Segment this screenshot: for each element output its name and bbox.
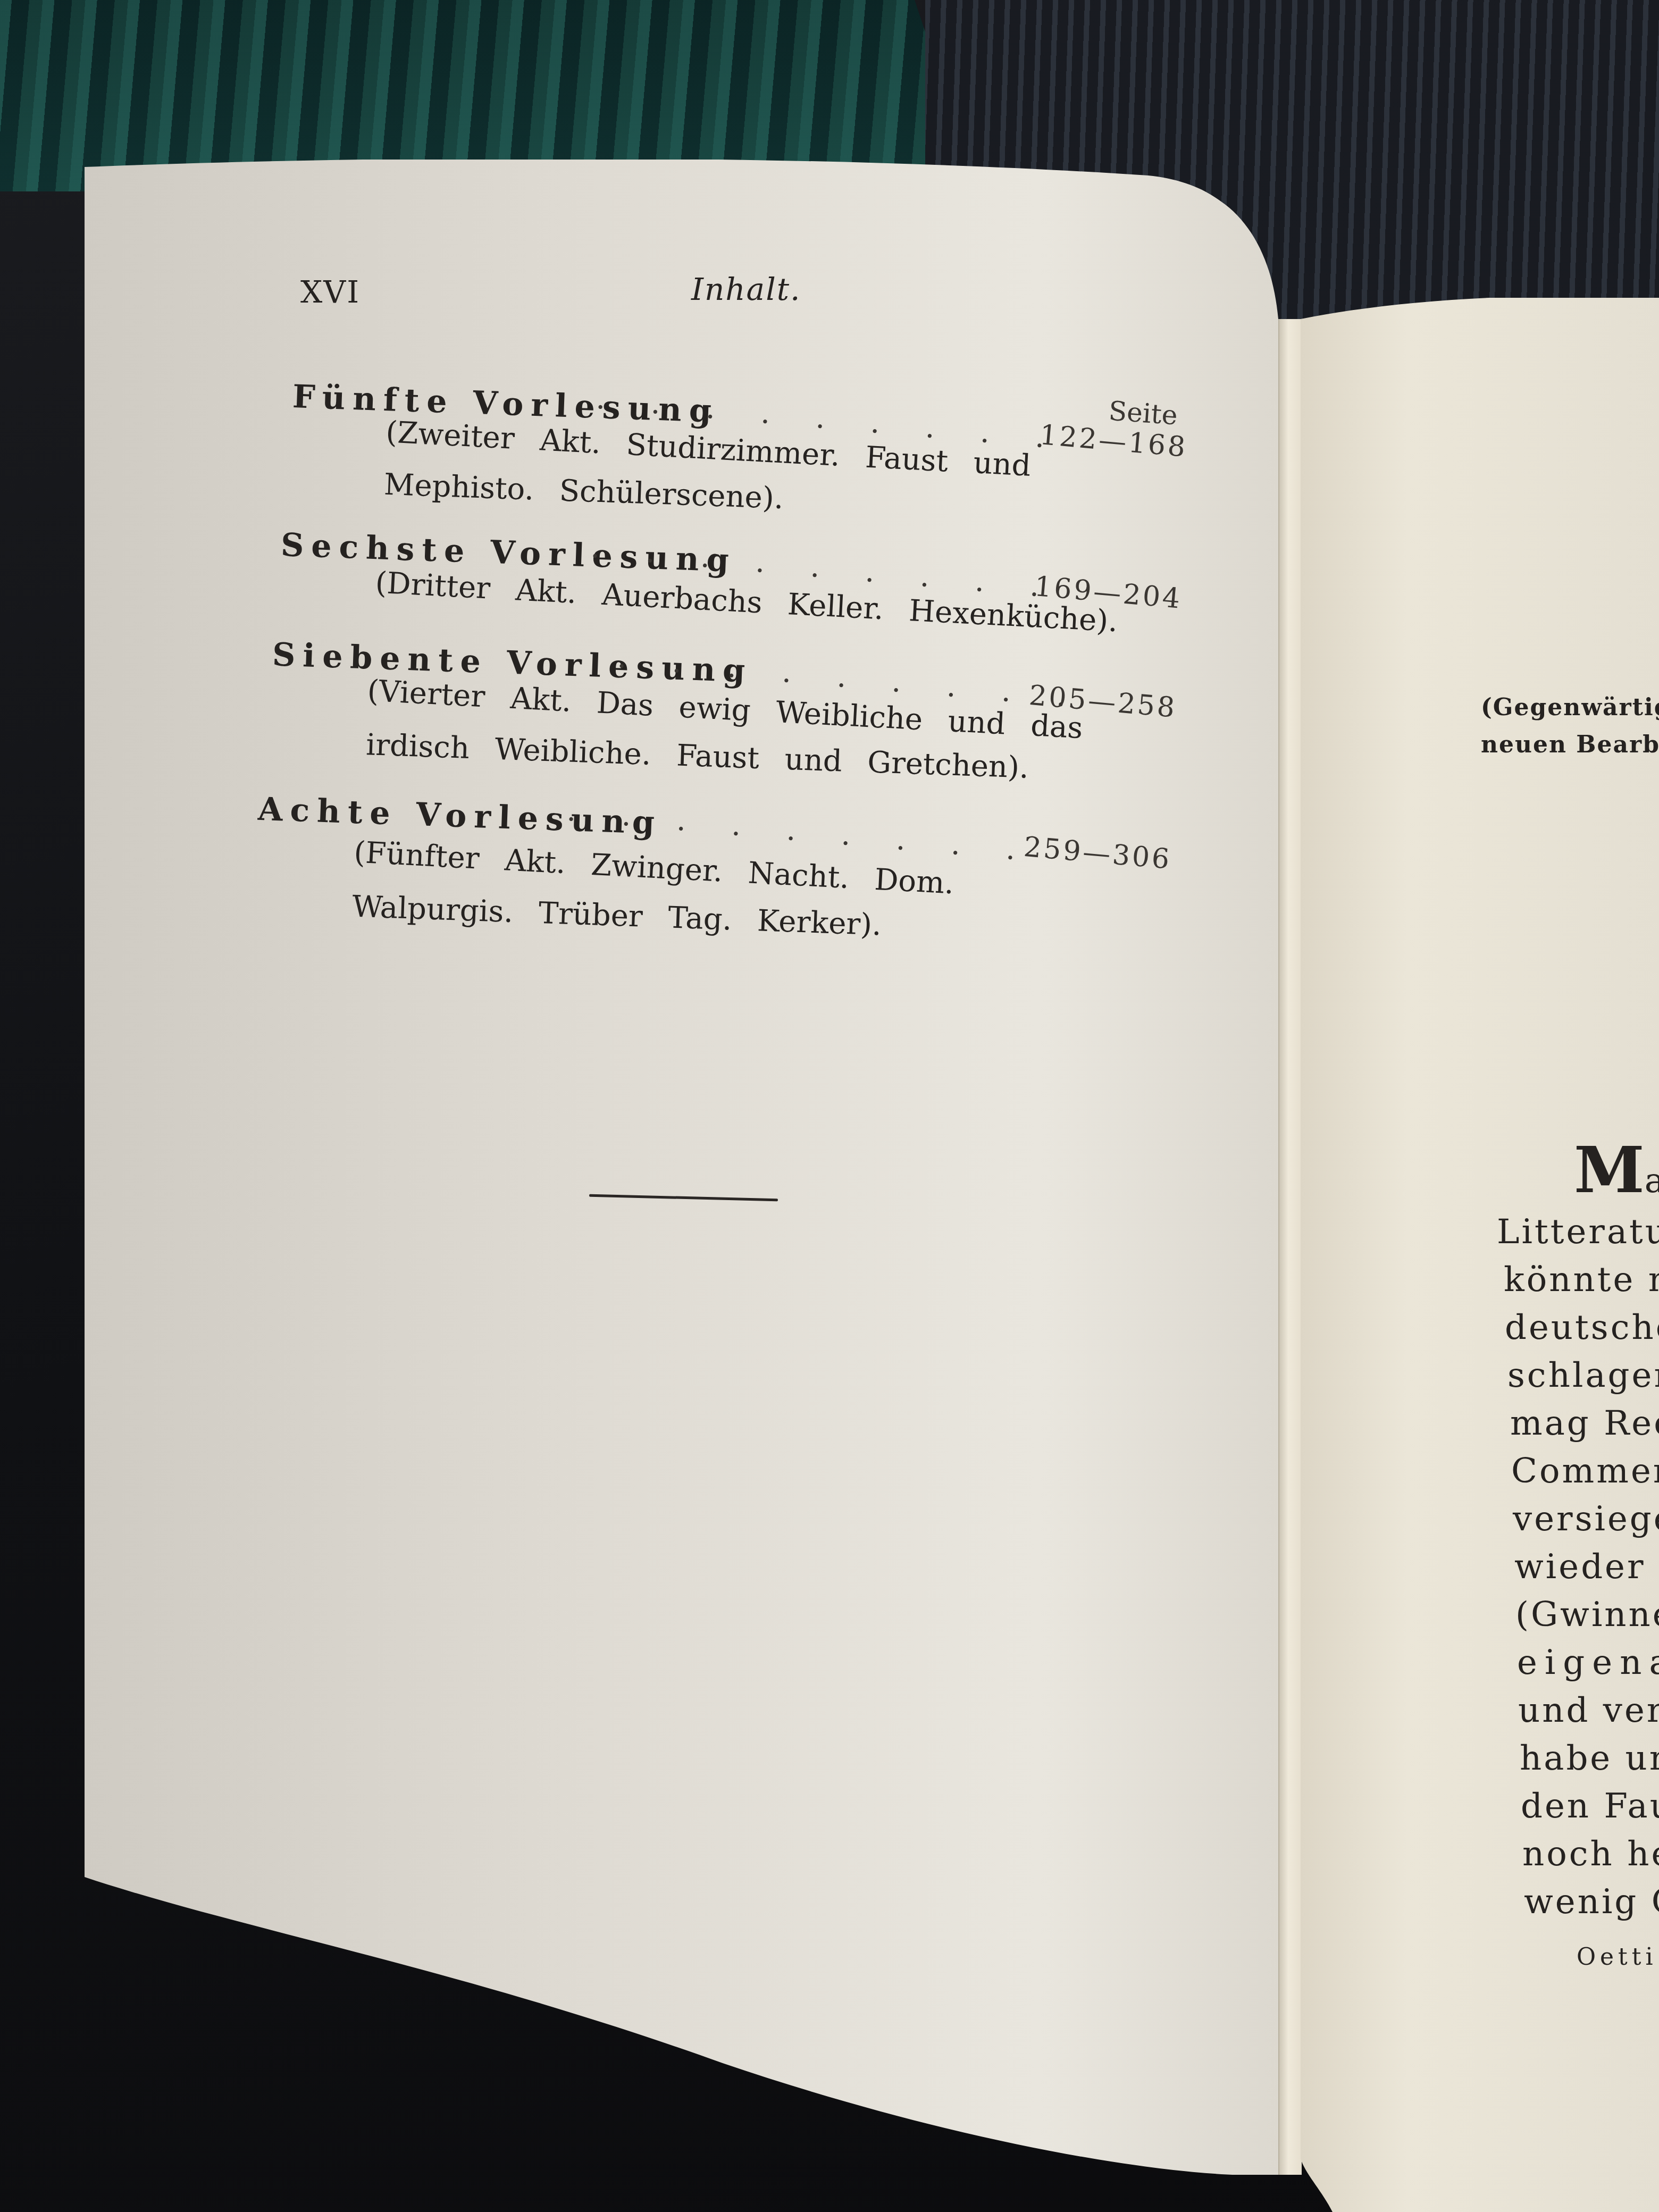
signature: Oetti xyxy=(1577,1943,1657,1971)
body-line: wenig G xyxy=(1524,1882,1659,1922)
right-page xyxy=(1301,298,1659,2212)
page-number: XVI xyxy=(300,274,360,310)
body-line: versiegen xyxy=(1513,1499,1659,1539)
running-head: Inhalt. xyxy=(691,271,801,307)
opening-word: Man xyxy=(1574,1133,1659,1208)
subtitle-line: neuen Bearbei xyxy=(1481,731,1659,758)
body-line: noch heu xyxy=(1522,1834,1659,1874)
book-photo: XVI Inhalt. Seite Fünfte Vorlesung . . .… xyxy=(0,0,1659,2212)
body-line: mag Rec xyxy=(1510,1404,1659,1443)
body-line: schlagen xyxy=(1507,1356,1659,1395)
body-line: deutsche xyxy=(1505,1308,1659,1347)
book-gutter xyxy=(1278,319,1302,2175)
subtitle-line: (Gegenwärtige xyxy=(1481,694,1659,721)
body-line: könnte m xyxy=(1504,1260,1659,1300)
body-line: den Fau xyxy=(1521,1787,1659,1826)
body-line: (Gwinne xyxy=(1515,1595,1659,1635)
body-line: eigenar xyxy=(1517,1643,1659,1682)
body-line: und ver xyxy=(1518,1691,1659,1730)
body-line: Litteratur xyxy=(1497,1212,1659,1252)
drop-cap: M xyxy=(1574,1133,1645,1208)
body-line: Comment xyxy=(1511,1452,1659,1491)
body-line: wieder a xyxy=(1514,1547,1659,1587)
drop-cap-rest: an xyxy=(1645,1161,1659,1201)
body-line: habe un xyxy=(1520,1739,1659,1778)
